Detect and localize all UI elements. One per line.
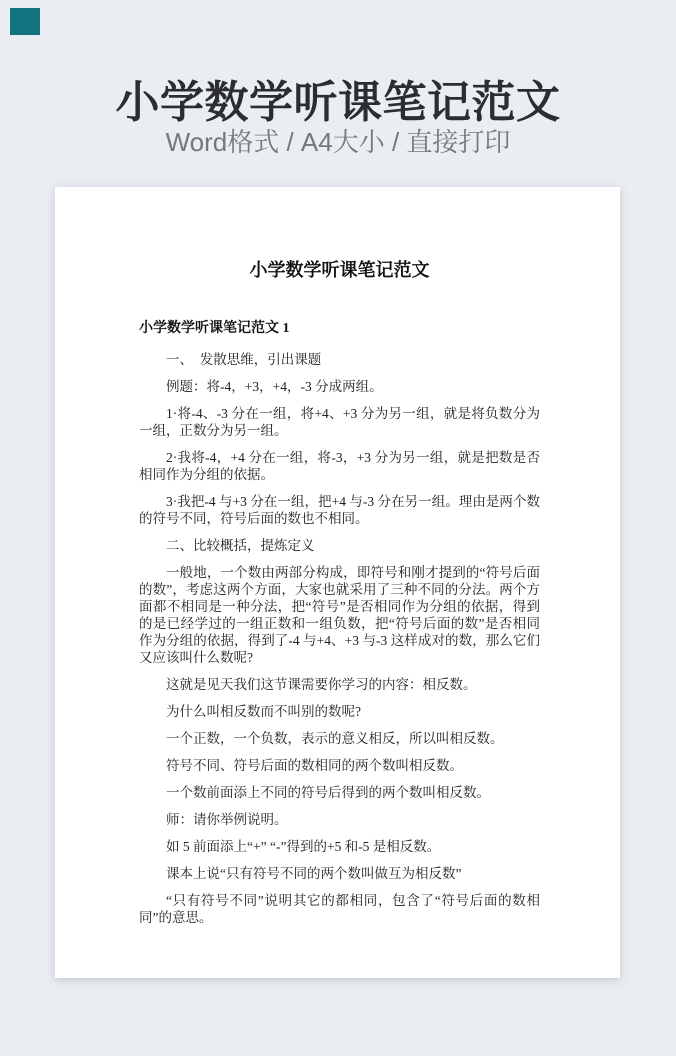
doc-paragraph: 一、 发散思维，引出课题 xyxy=(139,351,540,368)
doc-paragraph: 为什么叫相反数而不叫别的数呢? xyxy=(139,703,540,720)
page-title: 小学数学听课笔记范文 xyxy=(0,66,676,130)
brand-badge xyxy=(10,8,40,35)
doc-paragraph: 1·将-4、-3 分在一组，将+4、+3 分为另一组，就是将负数分为一组，正数分… xyxy=(139,405,540,439)
template-preview-page: { "brand": { "color": "#127280" }, "hero… xyxy=(0,0,676,1056)
doc-paragraph: 课本上说“只有符号不同的两个数叫做互为相反数” xyxy=(139,865,540,882)
doc-paragraph: 师：请你举例说明。 xyxy=(139,811,540,828)
doc-paragraph: “只有符号不同”说明其它的都相同，包含了“符号后面的数相同”的意思。 xyxy=(139,892,540,926)
doc-paragraph: 3·我把-4 与+3 分在一组，把+4 与-3 分在另一组。理由是两个数的符号不… xyxy=(139,493,540,527)
doc-paragraph: 一个数前面添上不同的符号后得到的两个数叫相反数。 xyxy=(139,784,540,801)
doc-paragraph: 例题：将-4，+3，+4，-3 分成两组。 xyxy=(139,378,540,395)
doc-paragraph: 一般地，一个数由两部分构成，即符号和刚才提到的“符号后面的数”，考虑这两个方面，… xyxy=(139,564,540,666)
doc-paragraph: 这就是见天我们这节课需要你学习的内容：相反数。 xyxy=(139,676,540,693)
doc-paragraph: 一个正数，一个负数，表示的意义相反，所以叫相反数。 xyxy=(139,730,540,747)
page-subtitle: Word格式 / A4大小 / 直接打印 xyxy=(0,122,676,159)
doc-paragraph: 2·我将-4，+4 分在一组，将-3，+3 分为另一组，就是把数是否相同作为分组… xyxy=(139,449,540,483)
document-title: 小学数学听课笔记范文 xyxy=(139,259,540,282)
document-body: 一、 发散思维，引出课题 例题：将-4，+3，+4，-3 分成两组。 1·将-4… xyxy=(139,351,540,926)
document-section-heading: 小学数学听课笔记范文 1 xyxy=(139,320,540,338)
document-preview-page: 小学数学听课笔记范文 小学数学听课笔记范文 1 一、 发散思维，引出课题 例题：… xyxy=(55,187,620,978)
doc-paragraph: 如 5 前面添上“+” “-”得到的+5 和-5 是相反数。 xyxy=(139,838,540,855)
doc-paragraph: 二、比较概括，提炼定义 xyxy=(139,537,540,554)
doc-paragraph: 符号不同、符号后面的数相同的两个数叫相反数。 xyxy=(139,757,540,774)
